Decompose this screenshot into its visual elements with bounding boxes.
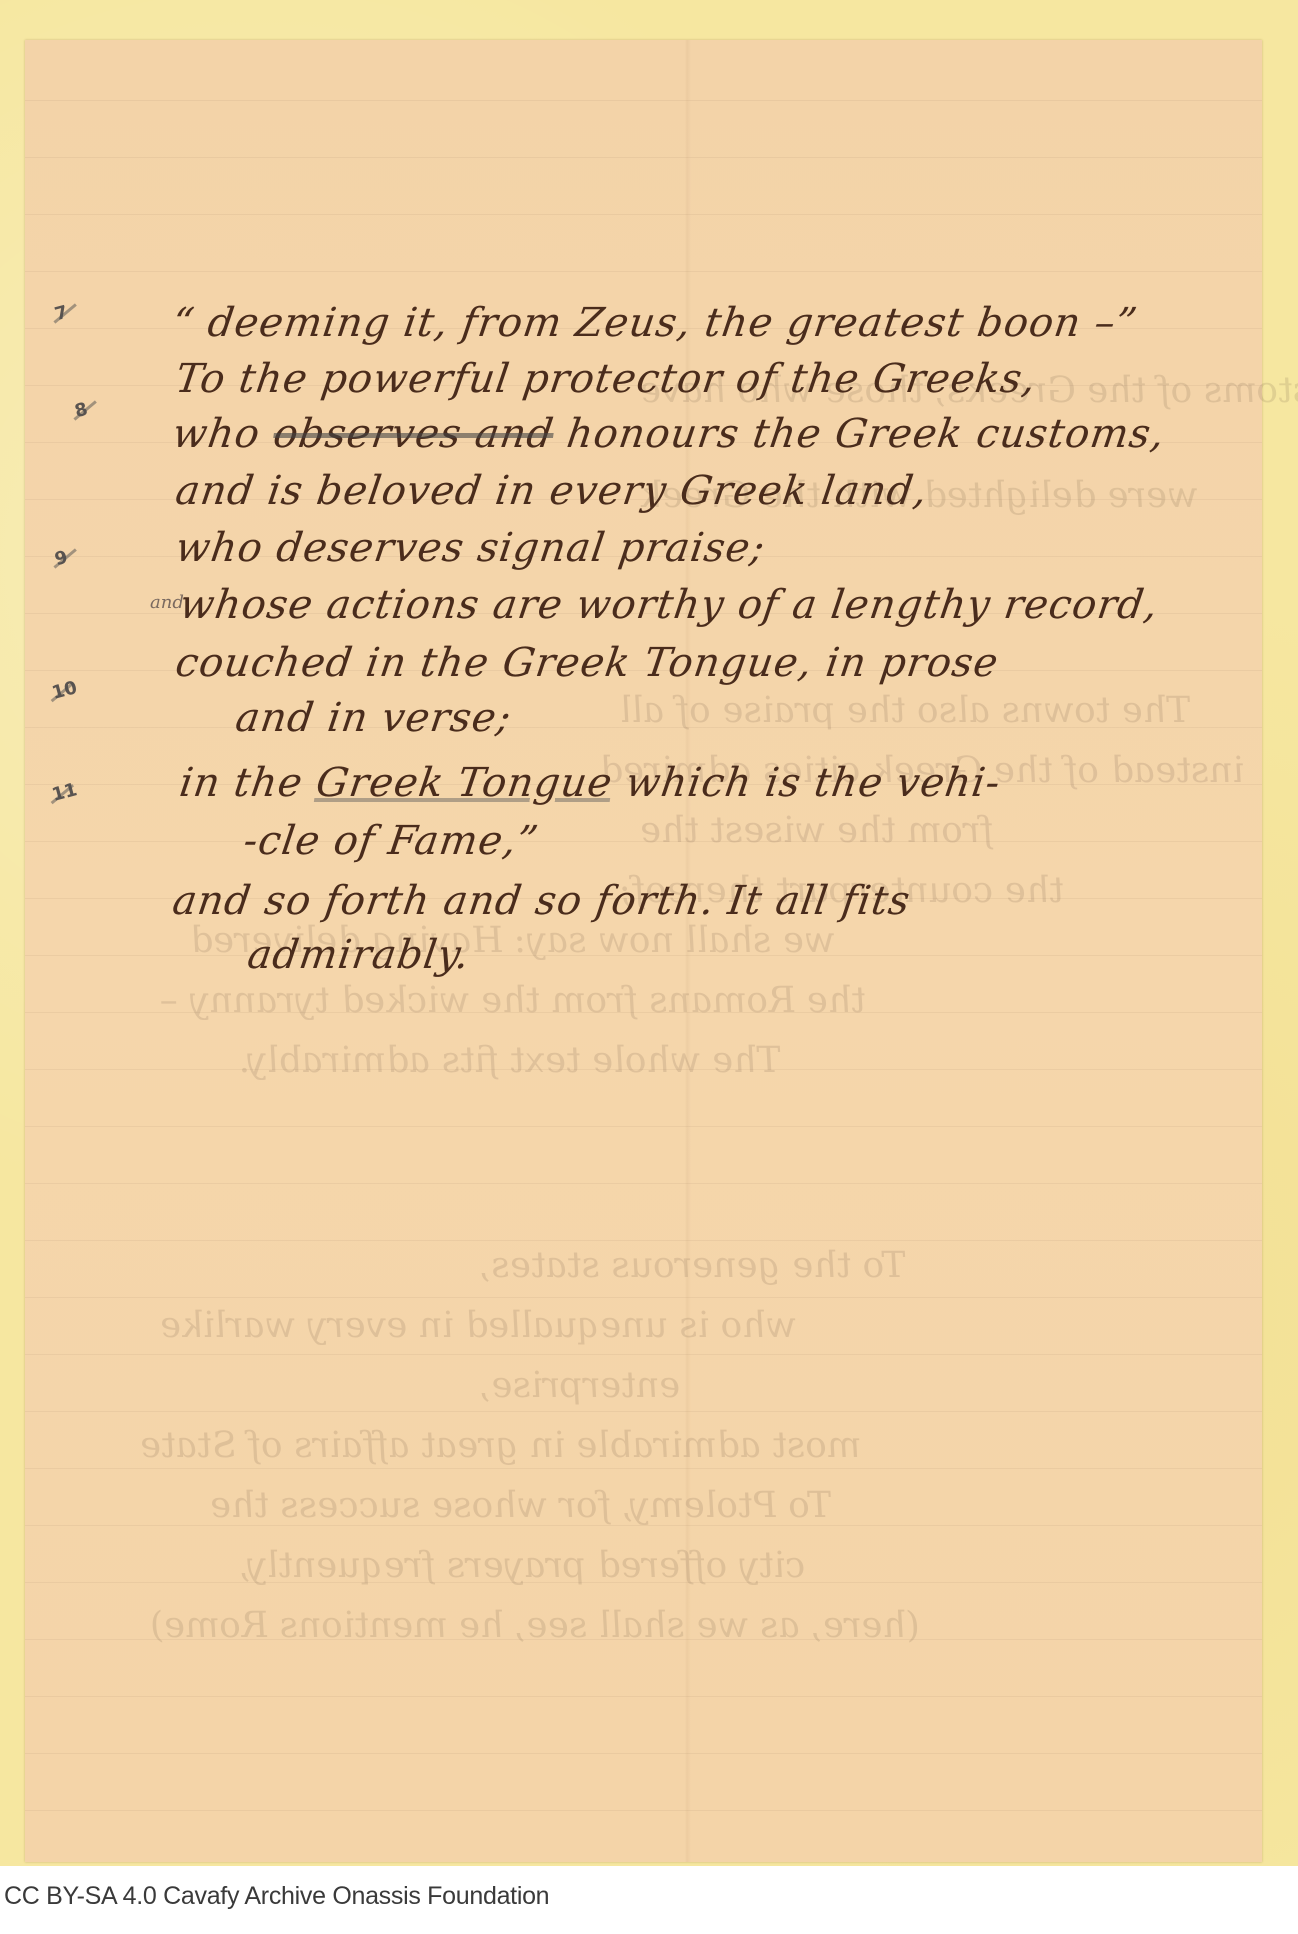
license-credit: CC BY-SA 4.0 Cavafy Archive Onassis Foun… (4, 1882, 549, 1911)
ruled-line (25, 271, 1262, 272)
line-segment: honours the Greek customs, (550, 411, 1168, 457)
manuscript-line: and so forth and so forth. It all fits (170, 878, 914, 924)
footer-bar: CC BY-SA 4.0 Cavafy Archive Onassis Foun… (0, 1866, 1298, 1934)
bleed-through-line: who is unequalled in every warlike (157, 1305, 799, 1346)
ruled-line (25, 1240, 1262, 1241)
pencil-underlined-words: Greek Tongue (313, 760, 615, 806)
manuscript-line: To the powerful protector of the Greeks, (173, 356, 1040, 402)
bleed-through-line: the Romans from the wicked tyranny – (157, 980, 869, 1021)
bleed-through-line: The whole text fits admirably. (237, 1040, 783, 1081)
ruled-line (25, 1126, 1262, 1127)
bleed-through-line: (here, as we shall see, he mentions Rome… (147, 1605, 923, 1646)
margin-line-number: 7 (52, 302, 70, 326)
manuscript-page: The customs of the Greeks, those who hav… (25, 40, 1262, 1862)
manuscript-line: and in verse; (233, 695, 515, 741)
margin-line-number: 9 (52, 547, 70, 571)
line-segment: who (170, 411, 277, 457)
ruled-line (25, 1354, 1262, 1355)
manuscript-line: and is beloved in every Greek land, (173, 468, 931, 514)
ruled-line (25, 1468, 1262, 1469)
manuscript-line: whose actions are worthy of a lengthy re… (177, 582, 1161, 628)
manuscript-line: in the Greek Tongue which is the vehi- (177, 760, 1004, 806)
manuscript-line: who deserves signal praise; (173, 525, 768, 571)
line-segment: in the (177, 760, 320, 806)
ruled-line (25, 1411, 1262, 1412)
manuscript-line: -cle of Fame,” (241, 818, 542, 864)
bleed-through-line: from the wisest the (637, 810, 996, 851)
pencil-insertion-and: and (150, 592, 184, 613)
margin-line-number: 10 (50, 677, 80, 704)
ruled-line (25, 157, 1262, 158)
ruled-line (25, 100, 1262, 101)
struck-through-words: observes and (271, 411, 557, 457)
bleed-through-line: most admirable in great affairs of State (137, 1425, 864, 1466)
ruled-line (25, 1810, 1262, 1811)
bleed-through-line: city offered prayers frequently, (237, 1545, 808, 1586)
manuscript-line: admirably. (245, 932, 473, 978)
margin-line-number: 8 (72, 399, 90, 423)
bleed-through-line: The towns also the praise of all (617, 690, 1193, 731)
ruled-line (25, 1183, 1262, 1184)
manuscript-line: who observes and honours the Greek custo… (170, 411, 1168, 457)
ruled-line (25, 1753, 1262, 1754)
ruled-line (25, 214, 1262, 215)
ruled-line (25, 1696, 1262, 1697)
line-segment: which is the vehi- (609, 760, 1003, 806)
ruled-line (25, 1297, 1262, 1298)
bleed-through-line: To Ptolemy, for whose success the (207, 1485, 834, 1526)
bleed-through-line: enterprise, (477, 1365, 683, 1406)
manuscript-line: “ deeming it, from Zeus, the greatest bo… (170, 300, 1141, 346)
manuscript-line: couched in the Greek Tongue, in prose (173, 640, 1002, 686)
bleed-through-line: To the generous states, (477, 1245, 908, 1286)
